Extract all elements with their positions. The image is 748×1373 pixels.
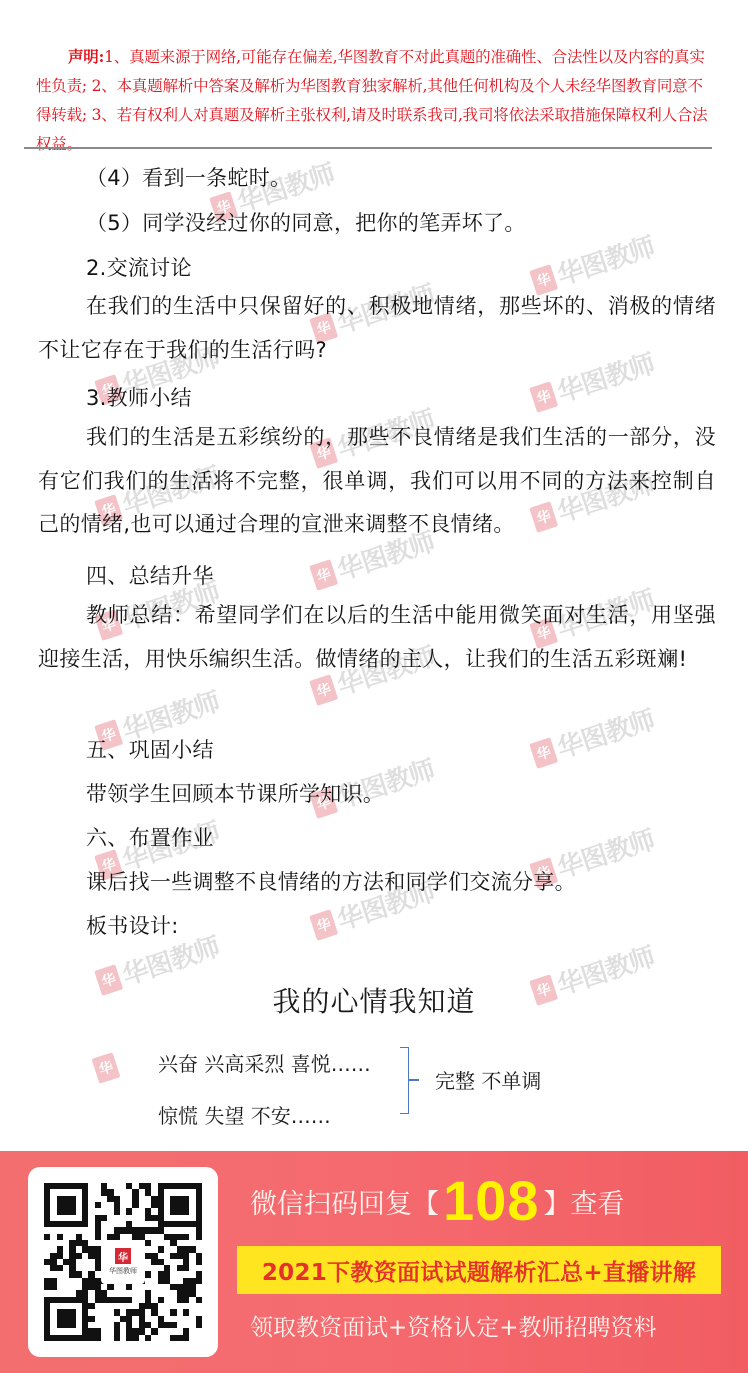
cta-highlight: 2021下教资面试试题解析汇总+直播讲解 <box>237 1246 721 1294</box>
board-title: 我的心情我知道 <box>0 980 748 1020</box>
qr-code-card[interactable]: 华 华图教师 <box>28 1167 218 1357</box>
reply-code: 108 <box>443 1173 539 1229</box>
section-5-text: 带领学生回顾本节课所学知识。 <box>86 778 384 808</box>
board-label: 板书设计: <box>86 910 179 940</box>
huatu-logo-icon: 华 <box>309 559 338 591</box>
item-4: （4）看到一条蛇时。 <box>86 162 291 192</box>
cta-prefix: 微信扫码回复【 <box>250 1182 439 1221</box>
watermark-text: 华图教师 <box>552 699 659 765</box>
huatu-logo-icon: 华 <box>115 1248 131 1264</box>
section-4-text: 教师总结：希望同学们在以后的生活中能用微笑面对生活，用坚强迎接生活，用快乐编织生… <box>38 594 716 681</box>
cta-instruction: 微信扫码回复【 108 】查看 <box>250 1173 624 1229</box>
board-negative-emotions: 惊慌 失望 不安…… <box>158 1100 331 1129</box>
section-6-heading: 六、布置作业 <box>86 822 214 852</box>
summary-heading: 3.教师小结 <box>86 382 192 412</box>
right-brace-icon <box>400 1047 409 1114</box>
board-positive-emotions: 兴奋 兴高采烈 喜悦…… <box>158 1048 371 1077</box>
promo-banner[interactable]: 华 华图教师 微信扫码回复【 108 】查看 2021下教资面试试题解析汇总+直… <box>0 1151 748 1373</box>
disclaimer-label: 声明: <box>68 47 104 66</box>
disclaimer: 声明:1、真题来源于网络,可能存在偏差,华图教育不对此真题的准确性、合法性以及内… <box>36 42 714 159</box>
huatu-logo-icon: 华 <box>529 381 558 413</box>
watermark-text: 华图教师 <box>552 226 659 292</box>
huatu-logo-icon: 华 <box>92 1052 121 1084</box>
watermark: 华华图教师 <box>527 699 658 773</box>
section-5-heading: 五、巩固小结 <box>86 734 214 764</box>
cta-resources: 领取教资面试+资格认定+教师招聘资料 <box>250 1309 657 1342</box>
discussion-text: 在我们的生活中只保留好的、积极地情绪，那些坏的、消极的情绪不让它存在于我们的生活… <box>38 285 716 372</box>
item-5: （5）同学没经过你的同意，把你的笔弄坏了。 <box>86 207 526 237</box>
cta-highlight-text: 2021下教资面试试题解析汇总+直播讲解 <box>262 1254 696 1287</box>
huatu-logo-icon: 华 <box>529 737 558 769</box>
board-result: 完整 不单调 <box>435 1065 541 1094</box>
section-4-heading: 四、总结升华 <box>86 560 214 590</box>
huatu-logo-icon: 华 <box>309 909 338 941</box>
disclaimer-text: 1、真题来源于网络,可能存在偏差,华图教育不对此真题的准确性、合法性以及内容的真… <box>36 48 707 153</box>
discussion-heading: 2.交流讨论 <box>86 252 192 282</box>
divider <box>24 147 712 149</box>
cta-suffix: 】查看 <box>543 1182 624 1221</box>
watermark: 华 <box>92 1052 121 1084</box>
summary-text: 我们的生活是五彩缤纷的，那些不良情绪是我们生活的一部分，没有它们我们的生活将不完… <box>38 416 716 547</box>
qr-logo-text: 华图教师 <box>109 1266 137 1276</box>
brace-tick <box>409 1079 419 1081</box>
qr-center-logo: 华 华图教师 <box>101 1240 145 1284</box>
section-6-text: 课后找一些调整不良情绪的方法和同学们交流分享。 <box>86 866 576 896</box>
